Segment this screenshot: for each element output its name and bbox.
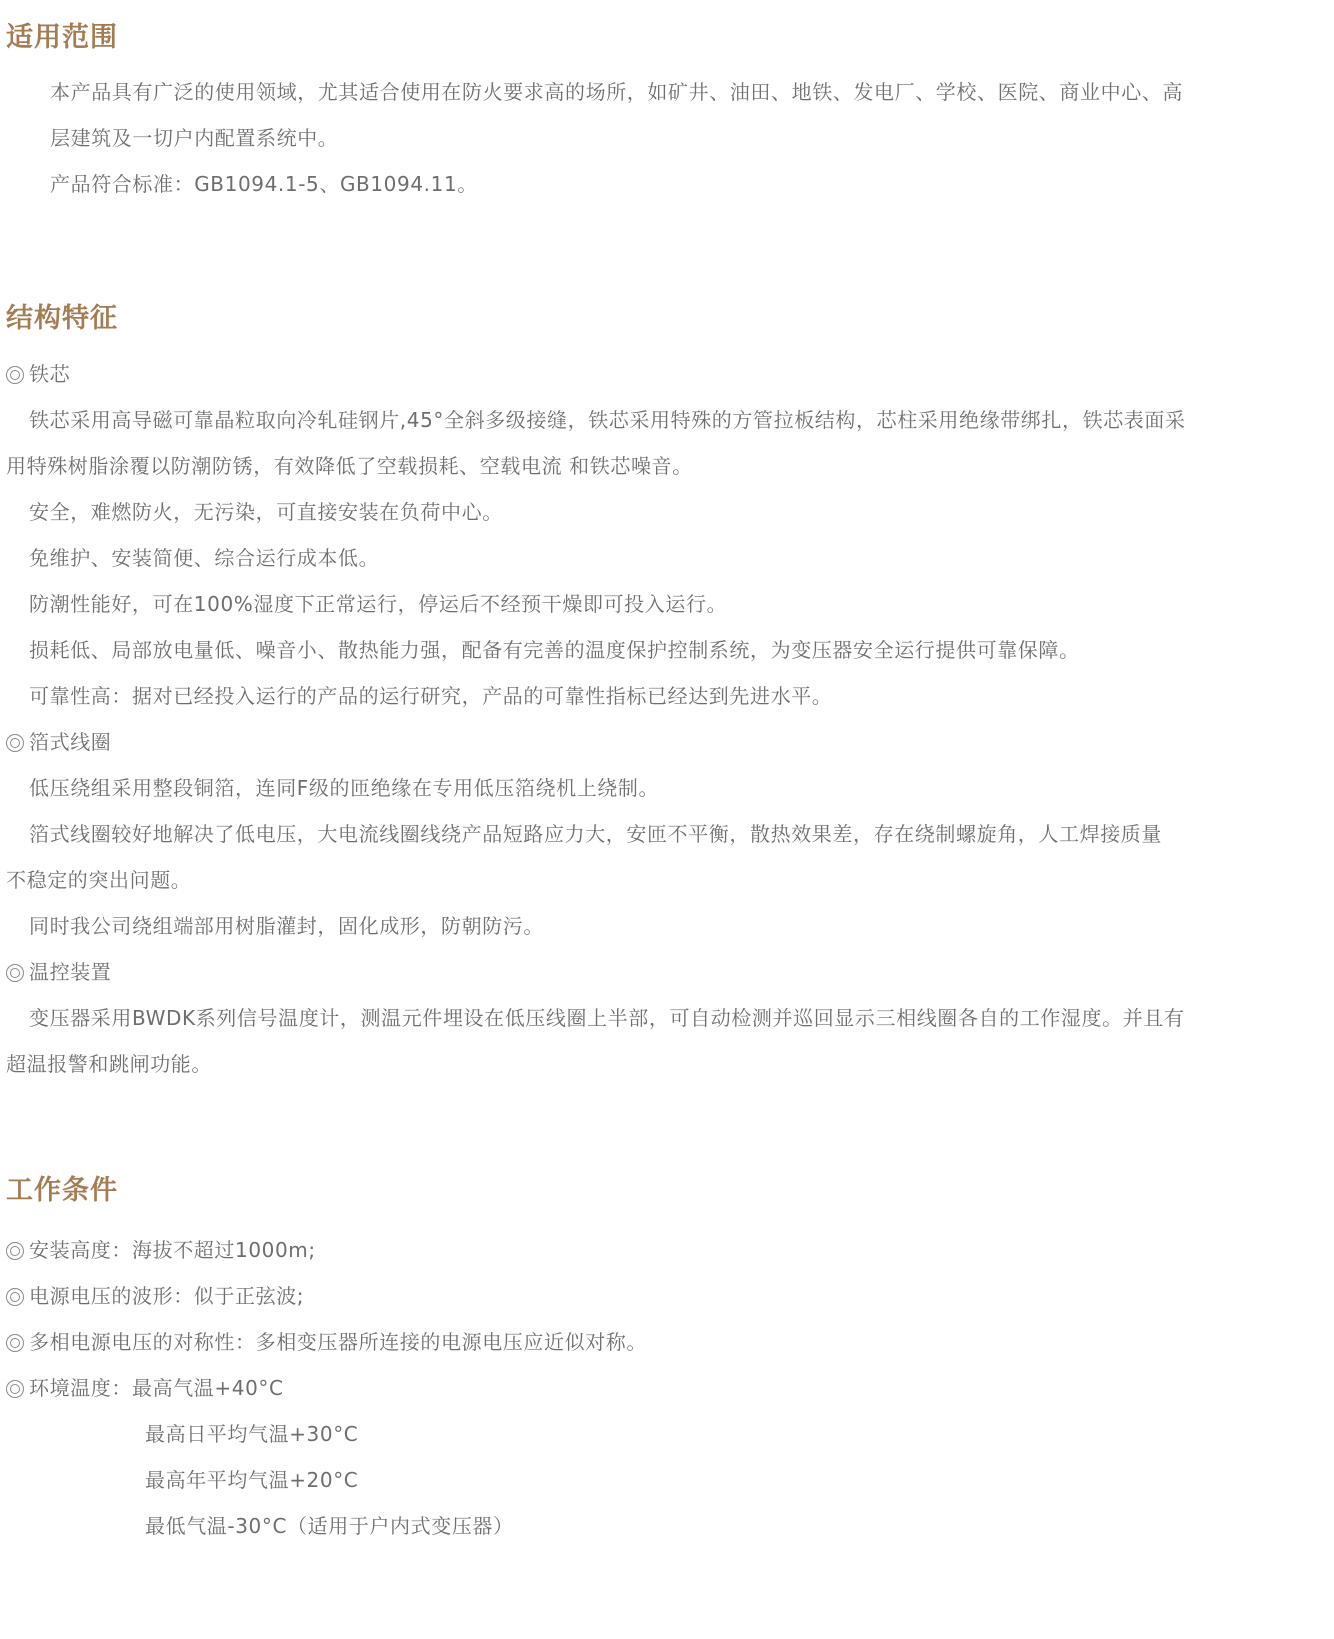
- temperature-detail-line: 最高年平均气温+20°C: [145, 1466, 358, 1494]
- double-circle-bullet-icon: [6, 1380, 24, 1398]
- subsection-core: 铁芯: [6, 360, 70, 388]
- section-title-structure: 结构特征: [6, 302, 118, 336]
- subsection-label: 箔式线圈: [29, 730, 111, 754]
- section-title-conditions: 工作条件: [6, 1174, 118, 1208]
- core-paragraph-line: 铁芯采用高导磁可靠晶粒取向冷轧硅钢片,45°全斜多级接缝，铁芯采用特殊的方管拉板…: [29, 406, 1186, 434]
- core-feature-line: 损耗低、局部放电量低、噪音小、散热能力强，配备有完善的温度保护控制系统，为变压器…: [29, 636, 1080, 664]
- double-circle-bullet-icon: [6, 1334, 24, 1352]
- condition-item-altitude: 安装高度：海拔不超过1000m;: [6, 1236, 316, 1264]
- foil-coil-paragraph-line: 同时我公司绕组端部用树脂灌封，固化成形，防朝防污。: [29, 912, 544, 940]
- double-circle-bullet-icon: [6, 1288, 24, 1306]
- subsection-label: 铁芯: [29, 362, 70, 386]
- section-title-scope: 适用范围: [6, 21, 118, 55]
- condition-item-temperature: 环境温度：最高气温+40°C: [6, 1374, 284, 1402]
- condition-item-waveform: 电源电压的波形：似于正弦波;: [6, 1282, 304, 1310]
- temperature-detail-line: 最高日平均气温+30°C: [145, 1420, 358, 1448]
- subsection-foil-coil: 箔式线圈: [6, 728, 111, 756]
- subsection-label: 温控装置: [29, 960, 111, 984]
- condition-text: 环境温度：最高气温+40°C: [29, 1376, 284, 1400]
- scope-paragraph-line: 层建筑及一切户内配置系统中。: [50, 124, 338, 152]
- foil-coil-paragraph-line: 低压绕组采用整段铜箔，连同F级的匝绝缘在专用低压箔绕机上绕制。: [29, 774, 659, 802]
- double-circle-bullet-icon: [6, 366, 24, 384]
- foil-coil-paragraph-line: 不稳定的突出问题。: [6, 866, 191, 894]
- core-paragraph-line: 用特殊树脂涂覆以防潮防锈，有效降低了空载损耗、空载电流 和铁芯噪音。: [6, 452, 693, 480]
- double-circle-bullet-icon: [6, 964, 24, 982]
- core-feature-line: 免维护、安装简便、综合运行成本低。: [29, 544, 379, 572]
- product-spec-document: 适用范围 本产品具有广泛的使用领域，尤其适合使用在防火要求高的场所，如矿井、油田…: [0, 0, 1334, 1639]
- temp-control-paragraph-line: 超温报警和跳闸功能。: [6, 1050, 212, 1078]
- core-feature-line: 防潮性能好，可在100%湿度下正常运行，停运后不经预干燥即可投入运行。: [29, 590, 727, 618]
- double-circle-bullet-icon: [6, 734, 24, 752]
- core-feature-line: 安全，难燃防火，无污染，可直接安装在负荷中心。: [29, 498, 503, 526]
- core-feature-line: 可靠性高：据对已经投入运行的产品的运行研究，产品的可靠性指标已经达到先进水平。: [29, 682, 832, 710]
- temperature-detail-line: 最低气温-30°C（适用于户内式变压器）: [145, 1512, 514, 1540]
- condition-item-symmetry: 多相电源电压的对称性：多相变压器所连接的电源电压应近似对称。: [6, 1328, 647, 1356]
- foil-coil-paragraph-line: 箔式线圈较好地解决了低电压，大电流线圈线绕产品短路应力大，安匝不平衡，散热效果差…: [29, 820, 1162, 848]
- temp-control-paragraph-line: 变压器采用BWDK系列信号温度计，测温元件埋设在低压线圈上半部，可自动检测并巡回…: [29, 1004, 1185, 1032]
- condition-text: 安装高度：海拔不超过1000m;: [29, 1238, 316, 1262]
- condition-text: 电源电压的波形：似于正弦波;: [29, 1284, 304, 1308]
- condition-text: 多相电源电压的对称性：多相变压器所连接的电源电压应近似对称。: [29, 1330, 647, 1354]
- subsection-temp-control: 温控装置: [6, 958, 111, 986]
- scope-standards-line: 产品符合标准：GB1094.1-5、GB1094.11。: [50, 170, 478, 198]
- scope-paragraph-line: 本产品具有广泛的使用领域，尤其适合使用在防火要求高的场所，如矿井、油田、地铁、发…: [50, 78, 1183, 106]
- double-circle-bullet-icon: [6, 1242, 24, 1260]
